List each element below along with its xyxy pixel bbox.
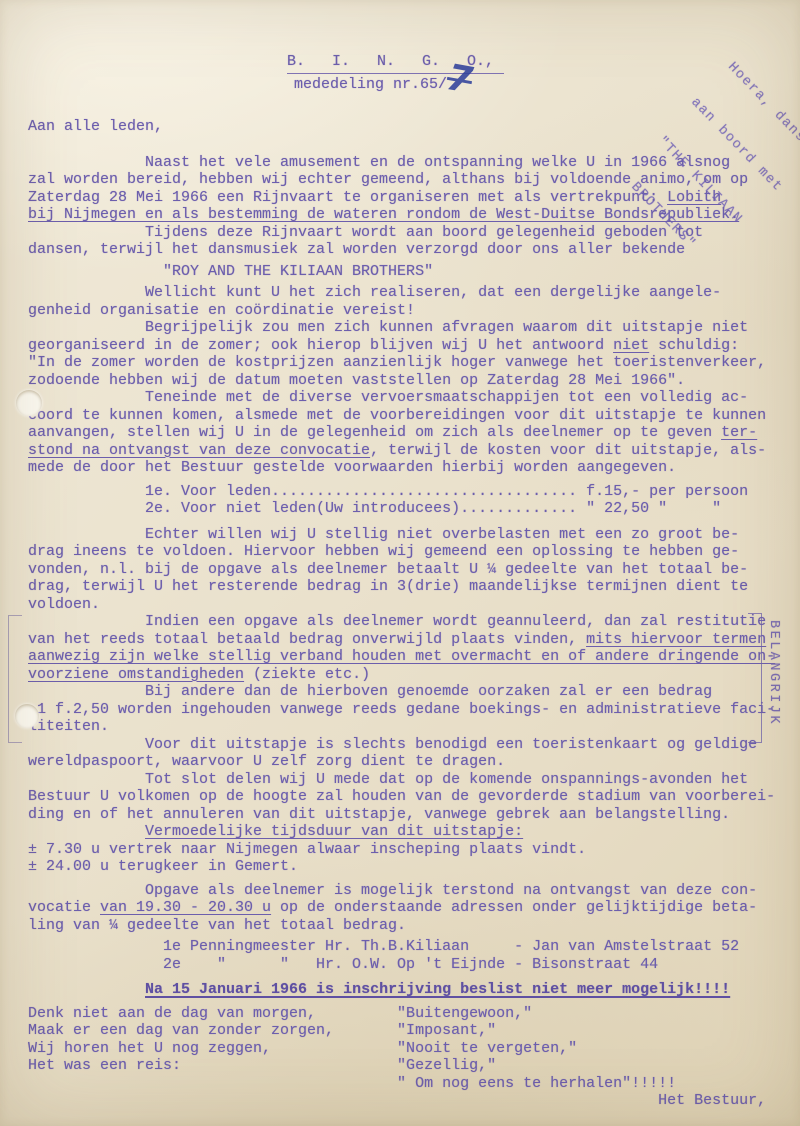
text-run: mede de door het Bestuur gestelde voorwa… bbox=[28, 459, 676, 476]
text-run: liteiten. bbox=[28, 718, 109, 735]
document-line: Zaterdag 28 Mei 1966 een Rijnvaart te or… bbox=[28, 189, 775, 207]
text-run: 2e. Voor niet leden(Uw introducees).....… bbox=[28, 500, 721, 517]
text-run: Bij andere dan de hierboven genoemde oor… bbox=[28, 683, 712, 700]
document-line: Naast het vele amusement en de ontspanni… bbox=[28, 154, 775, 172]
document-line: Begrijpelijk zou men zich kunnen afvrage… bbox=[28, 319, 775, 337]
text-run: ± 24.00 u terugkeer in Gemert. bbox=[28, 858, 298, 875]
text-run: van het reeds totaal betaald bedrag onve… bbox=[28, 631, 586, 648]
right-margin-bracket bbox=[748, 613, 762, 743]
document-line: 1e. Voor leden..........................… bbox=[28, 483, 775, 501]
paragraph-gap bbox=[28, 518, 775, 526]
text-run: Indien een opgave als deelnemer wordt ge… bbox=[28, 613, 766, 630]
document-line: 1e Penningmeester Hr. Th.B.Kiliaan - Jan… bbox=[28, 938, 775, 956]
text-run: Echter willen wij U stellig niet overbel… bbox=[28, 526, 739, 543]
document-line: vocatie van 19.30 - 20.30 u op de onders… bbox=[28, 899, 775, 917]
text-run: 1e Penningmeester Hr. Th.B.Kiliaan - Jan… bbox=[28, 938, 739, 955]
document-line: aanvangen, stellen wij U in de gelegenhe… bbox=[28, 424, 775, 442]
document-line: Teneinde met de diverse vervoersmaatscha… bbox=[28, 389, 775, 407]
text-run: Aan alle leden, bbox=[28, 118, 163, 135]
text-run: Wellicht kunt U het zich realiseren, dat… bbox=[28, 284, 721, 301]
text-run: ling van ¼ gedeelte van het totaal bedra… bbox=[28, 917, 406, 934]
document-line: Het was een reis: "Gezellig," bbox=[28, 1057, 775, 1075]
document-line: coord te kunnen komen, alsmede met de vo… bbox=[28, 407, 775, 425]
underlined-text: Vermoedelijke tijdsduur van dit uitstapj… bbox=[145, 823, 523, 840]
text-run: Opgave als deelnemer is mogelijk terston… bbox=[28, 882, 757, 899]
punch-hole bbox=[16, 390, 42, 416]
document-line: drag ineens te voldoen. Hiervoor hebben … bbox=[28, 543, 775, 561]
text-run: drag, terwijl U het resterende bedrag in… bbox=[28, 578, 748, 595]
text-run: Teneinde met de diverse vervoersmaatscha… bbox=[28, 389, 748, 406]
text-run: voldoen. bbox=[28, 596, 100, 613]
underlined-text: Na 15 Januari 1966 is inschrijving besli… bbox=[145, 981, 730, 998]
handwritten-number: 7 bbox=[444, 60, 475, 100]
text-run: dansen, terwijl het dansmusiek zal worde… bbox=[28, 241, 685, 258]
document-line: ± 7.30 u vertrek naar Nijmegen alwaar in… bbox=[28, 841, 775, 859]
document-line: Tijdens deze Rijnvaart wordt aan boord g… bbox=[28, 224, 775, 242]
text-run: op de onderstaande adressen onder gelijk… bbox=[271, 899, 757, 916]
text-run: zal worden bereid, hebben wij echter gem… bbox=[28, 171, 748, 188]
text-run: Tijdens deze Rijnvaart wordt aan boord g… bbox=[28, 224, 703, 241]
text-run: "In de zomer worden de kostprijzen aanzi… bbox=[28, 354, 766, 371]
text-run: coord te kunnen komen, alsmede met de vo… bbox=[28, 407, 766, 424]
underlined-text: ter- bbox=[721, 424, 757, 441]
text-run: , terwijl de kosten voor dit uitstapje, … bbox=[370, 442, 766, 459]
document-line: stond na ontvangst van deze convocatie, … bbox=[28, 442, 775, 460]
subtitle-typed: mededeling nr.65/ bbox=[294, 76, 447, 93]
document-line: 2e " " Hr. O.W. Op 't Eijnde - Bisonstra… bbox=[28, 956, 775, 974]
document-line: Het Bestuur, bbox=[28, 1092, 775, 1110]
document-line: georganiseerd in de zomer; ook hierop bl… bbox=[28, 337, 775, 355]
document-line: Wellicht kunt U het zich realiseren, dat… bbox=[28, 284, 775, 302]
text-run: zodoende hebben wij de datum moeten vast… bbox=[28, 372, 685, 389]
text-run: 1e. Voor leden..........................… bbox=[28, 483, 748, 500]
document-line: Indien een opgave als deelnemer wordt ge… bbox=[28, 613, 775, 631]
text-run: Het was een reis: "Gezellig," bbox=[28, 1057, 496, 1074]
document-line: vonden, n.l. bij de opgave als deelnemer… bbox=[28, 561, 775, 579]
text-run: 1 f.2,50 worden ingehouden vanwege reeds… bbox=[28, 701, 775, 718]
underlined-text: voorziene omstandigheden bbox=[28, 666, 244, 683]
document-line: wereldpaspoort, waarvoor U zelf zorg die… bbox=[28, 753, 775, 771]
belangrijk-stamp: BELANGRIJK bbox=[766, 620, 781, 726]
document-line: Voor dit uitstapje is slechts benodigd e… bbox=[28, 736, 775, 754]
document-line: Opgave als deelnemer is mogelijk terston… bbox=[28, 882, 775, 900]
scanned-letter-page: { "header": { "title": "B. I. N. G. O.,"… bbox=[0, 0, 800, 1126]
punch-hole bbox=[15, 704, 39, 728]
underlined-text: niet bbox=[613, 337, 649, 354]
text-run: vocatie bbox=[28, 899, 100, 916]
underlined-text: stond na ontvangst van deze convocatie bbox=[28, 442, 370, 459]
text-run: 2e " " Hr. O.W. Op 't Eijnde - Bisonstra… bbox=[28, 956, 658, 973]
underlined-text: mits hiervoor termen bbox=[586, 631, 766, 648]
text-run: Tot slot delen wij U mede dat op de kome… bbox=[28, 771, 748, 788]
text-run: ding en of het annuleren van dit uitstap… bbox=[28, 806, 730, 823]
text-run: drag ineens te voldoen. Hiervoor hebben … bbox=[28, 543, 739, 560]
text-run: Het Bestuur, bbox=[28, 1092, 766, 1109]
paragraph-gap bbox=[28, 136, 775, 154]
document-line: Wij horen het U nog zeggen, "Nooit te ve… bbox=[28, 1040, 775, 1058]
text-run: georganiseerd in de zomer; ook hierop bl… bbox=[28, 337, 613, 354]
document-line: van het reeds totaal betaald bedrag onve… bbox=[28, 631, 775, 649]
document-line: bij Nijmegen en als bestemming de watere… bbox=[28, 206, 775, 224]
text-run: aanvangen, stellen wij U in de gelegenhe… bbox=[28, 424, 721, 441]
underlined-text: aanwezig zijn welke stellig verband houd… bbox=[28, 648, 775, 665]
page-subtitle: mededeling nr.65/ bbox=[294, 76, 447, 93]
text-run bbox=[28, 981, 145, 998]
text-run: Zaterdag 28 Mei 1966 een Rijnvaart te or… bbox=[28, 189, 667, 206]
document-line: Aan alle leden, bbox=[28, 118, 775, 136]
document-line: Bestuur U volkomen op de hoogte zal houd… bbox=[28, 788, 775, 806]
document-line: Vermoedelijke tijdsduur van dit uitstapj… bbox=[28, 823, 775, 841]
text-run bbox=[28, 823, 145, 840]
document-line: "ROY AND THE KILIAAN BROTHERS" bbox=[28, 263, 775, 281]
text-run: vonden, n.l. bij de opgave als deelnemer… bbox=[28, 561, 748, 578]
document-line: dansen, terwijl het dansmusiek zal worde… bbox=[28, 241, 775, 259]
document-line: liteiten. bbox=[28, 718, 775, 736]
text-run: wereldpaspoort, waarvoor U zelf zorg die… bbox=[28, 753, 505, 770]
document-line: zodoende hebben wij de datum moeten vast… bbox=[28, 372, 775, 390]
document-line: zal worden bereid, hebben wij echter gem… bbox=[28, 171, 775, 189]
document-line: aanwezig zijn welke stellig verband houd… bbox=[28, 648, 775, 666]
text-run: Denk niet aan de dag van morgen, "Buiten… bbox=[28, 1005, 532, 1022]
document-line: voldoen. bbox=[28, 596, 775, 614]
document-line: genheid organisatie en coördinatie verei… bbox=[28, 302, 775, 320]
document-line: ± 24.00 u terugkeer in Gemert. bbox=[28, 858, 775, 876]
text-run: Bestuur U volkomen op de hoogte zal houd… bbox=[28, 788, 775, 805]
document-line: 2e. Voor niet leden(Uw introducees).....… bbox=[28, 500, 775, 518]
document-line: Tot slot delen wij U mede dat op de kome… bbox=[28, 771, 775, 789]
letter-body: Aan alle leden, Naast het vele amusement… bbox=[28, 118, 775, 1110]
text-run: "ROY AND THE KILIAAN BROTHERS" bbox=[28, 263, 433, 280]
document-line: " Om nog eens te herhalen"!!!!! bbox=[28, 1075, 775, 1093]
paper: B. I. N. G. O., mededeling nr.65/ 7 Hoer… bbox=[0, 0, 800, 1126]
document-line: "In de zomer worden de kostprijzen aanzi… bbox=[28, 354, 775, 372]
text-run: ± 7.30 u vertrek naar Nijmegen alwaar in… bbox=[28, 841, 586, 858]
document-line: voorziene omstandigheden (ziekte etc.) bbox=[28, 666, 775, 684]
paragraph-gap bbox=[28, 973, 775, 981]
underlined-text: van 19.30 - 20.30 u bbox=[100, 899, 271, 916]
text-run: genheid organisatie en coördinatie verei… bbox=[28, 302, 415, 319]
document-line: Denk niet aan de dag van morgen, "Buiten… bbox=[28, 1005, 775, 1023]
document-line: ling van ¼ gedeelte van het totaal bedra… bbox=[28, 917, 775, 935]
text-run: (ziekte etc.) bbox=[244, 666, 370, 683]
text-run: Maak er een dag van zonder zorgen, "Impo… bbox=[28, 1022, 496, 1039]
text-run: Naast het vele amusement en de ontspanni… bbox=[28, 154, 730, 171]
underlined-text: Lobith bbox=[667, 189, 721, 206]
document-line: 1 f.2,50 worden ingehouden vanwege reeds… bbox=[28, 701, 775, 719]
document-line: drag, terwijl U het resterende bedrag in… bbox=[28, 578, 775, 596]
document-line: Bij andere dan de hierboven genoemde oor… bbox=[28, 683, 775, 701]
document-line: Echter willen wij U stellig niet overbel… bbox=[28, 526, 775, 544]
underlined-text: bij Nijmegen en als bestemming de watere… bbox=[28, 206, 739, 223]
text-run: Begrijpelijk zou men zich kunnen afvrage… bbox=[28, 319, 748, 336]
text-run: Voor dit uitstapje is slechts benodigd e… bbox=[28, 736, 757, 753]
document-line: mede de door het Bestuur gestelde voorwa… bbox=[28, 459, 775, 477]
text-run: schuldig: bbox=[649, 337, 739, 354]
document-line: Maak er een dag van zonder zorgen, "Impo… bbox=[28, 1022, 775, 1040]
text-run: " Om nog eens te herhalen"!!!!! bbox=[28, 1075, 676, 1092]
document-line: ding en of het annuleren van dit uitstap… bbox=[28, 806, 775, 824]
text-run: Wij horen het U nog zeggen, "Nooit te ve… bbox=[28, 1040, 577, 1057]
document-line: Na 15 Januari 1966 is inschrijving besli… bbox=[28, 981, 775, 999]
